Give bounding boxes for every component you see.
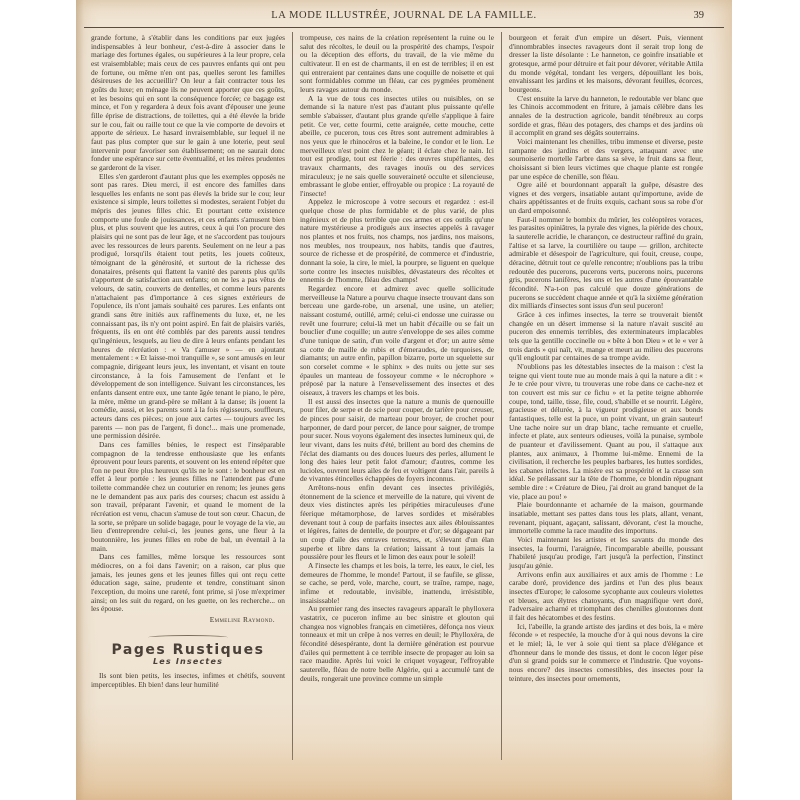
paragraph: N'oublions pas les détestables insectes … <box>509 363 703 502</box>
paragraph: Au premier rang des insectes ravageurs a… <box>300 605 494 683</box>
section-subtitle: Les Insectes <box>91 658 285 667</box>
paragraph: grande fortune, à s'établir dans les con… <box>91 34 285 173</box>
paragraph: A l'insecte les champs et les bois, la t… <box>300 562 494 605</box>
newspaper-page: LA MODE ILLUSTRÉE, JOURNAL DE LA FAMILLE… <box>76 0 732 800</box>
paragraph: Ils sont bien petits, les insectes, infi… <box>91 672 285 689</box>
paragraph: Regardez encore et admirez avec quelle s… <box>300 285 494 398</box>
paragraph: Ogre ailé et bourdonnant apparaît la guê… <box>509 181 703 216</box>
paragraph: Arrivons enfin aux auxiliaires et aux am… <box>509 571 703 623</box>
header-rule <box>84 27 724 28</box>
paragraph: Il est aussi des insectes que la nature … <box>300 398 494 485</box>
page-edge-shadow <box>76 0 84 800</box>
section-title: Pages Rustiques <box>91 646 285 655</box>
column-2: trompeuse, ces nains de la création repr… <box>292 32 501 760</box>
column-3: bourgeon et ferait d'un empire un désert… <box>501 32 710 760</box>
paragraph: Faut-il nommer le bombix du mûrier, les … <box>509 216 703 311</box>
paragraph: Dans ces familles bénies, le respect est… <box>91 441 285 554</box>
paragraph: C'est ensuite la larve du hanneton, le r… <box>509 95 703 138</box>
ornamental-divider <box>148 635 228 640</box>
column-1: grande fortune, à s'établir dans les con… <box>84 32 292 760</box>
paragraph: Arrêtons-nous enfin devant ces insectes … <box>300 484 494 562</box>
paragraph: Plaie bourdonnante et acharnée de la mai… <box>509 501 703 536</box>
page-number: 39 <box>694 10 705 21</box>
article-columns: grande fortune, à s'établir dans les con… <box>84 32 710 760</box>
paragraph: Ici, l'abeille, la grande artiste des ja… <box>509 623 703 684</box>
running-title: LA MODE ILLUSTRÉE, JOURNAL DE LA FAMILLE… <box>76 10 732 21</box>
paragraph: Voici maintenant les chenilles, tribu im… <box>509 138 703 181</box>
paragraph: Appelez le microscope à votre secours et… <box>300 198 494 285</box>
paragraph: Grâce à ces infimes insectes, la terre s… <box>509 311 703 363</box>
paper-stain <box>76 740 732 800</box>
paragraph: trompeuse, ces nains de la création repr… <box>300 34 494 95</box>
paragraph: bourgeon et ferait d'un empire un désert… <box>509 34 703 95</box>
paragraph: Dans ces familles, même lorsque les ress… <box>91 553 285 614</box>
paragraph: Voici maintenant les artistes et les sav… <box>509 536 703 571</box>
author-signature: Emmeline Raymond. <box>91 616 275 625</box>
paragraph: Elles s'en garderont d'autant plus que l… <box>91 173 285 441</box>
paragraph: A la vue de tous ces insectes utiles ou … <box>300 95 494 199</box>
